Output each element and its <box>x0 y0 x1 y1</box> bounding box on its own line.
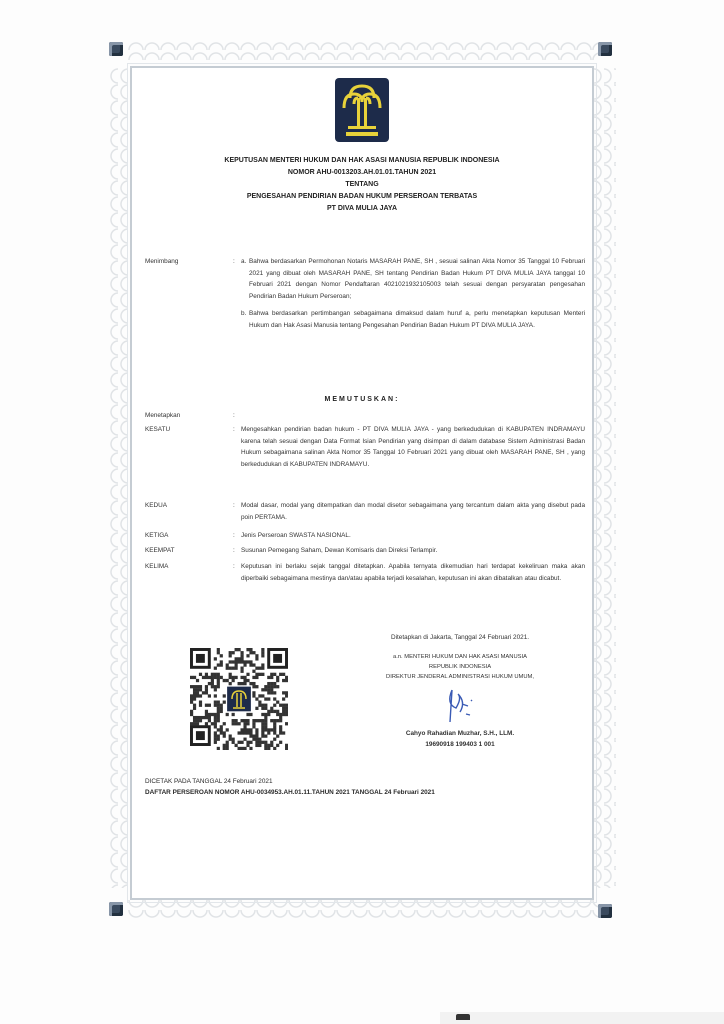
document-footer: DICETAK PADA TANGGAL 24 Februari 2021 DA… <box>145 776 585 798</box>
printed-date: DICETAK PADA TANGGAL 24 Februari 2021 <box>145 776 585 787</box>
corner-ornament-icon <box>109 42 123 56</box>
qr-code <box>190 648 288 750</box>
clause-kesatu: KESATU : Mengesahkan pendirian badan huk… <box>145 424 585 470</box>
menimbang-items: a. Bahwa berdasarkan Permohonan Notaris … <box>241 256 585 331</box>
signature-icon <box>345 682 575 728</box>
menimbang-label: Menimbang <box>145 256 233 331</box>
title-line-3: TENTANG <box>140 179 584 191</box>
corner-ornament-icon <box>109 902 123 916</box>
corner-ornament-icon <box>598 904 612 918</box>
clause-kelima: KELIMA : Keputusan ini berlaku sejak tan… <box>145 561 585 584</box>
signatory-position: DIREKTUR JENDERAL ADMINISTRASI HUKUM UMU… <box>345 672 575 682</box>
registry-number: DAFTAR PERSEROAN NOMOR AHU-0034953.AH.01… <box>145 787 585 798</box>
decree-title: KEPUTUSAN MENTERI HUKUM DAN HAK ASASI MA… <box>140 155 584 215</box>
clause-keempat: KEEMPAT : Susunan Pemegang Saham, Dewan … <box>145 545 585 557</box>
clause-kedua: KEDUA : Modal dasar, modal yang ditempat… <box>145 500 585 523</box>
menimbang-section: Menimbang : a. Bahwa berdasarkan Permoho… <box>145 256 585 331</box>
place-date: Ditetapkan di Jakarta, Tanggal 24 Februa… <box>345 632 575 644</box>
viewer-tab-icon <box>456 1014 470 1020</box>
signatory-name: Cahyo Rahadian Muzhar, S.H., LLM. <box>345 728 575 740</box>
border-ornament-bottom <box>128 898 598 920</box>
corner-ornament-icon <box>598 42 612 56</box>
signatory-nip: 19690918 199403 1 001 <box>345 739 575 751</box>
border-ornament-left <box>108 68 130 888</box>
title-line-4: PENGESAHAN PENDIRIAN BADAN HUKUM PERSERO… <box>140 191 584 203</box>
signature-block: Ditetapkan di Jakarta, Tanggal 24 Februa… <box>345 632 575 751</box>
border-ornament-top <box>128 40 598 62</box>
menimbang-item-a: a. Bahwa berdasarkan Permohonan Notaris … <box>241 256 585 302</box>
menimbang-item-b: b. Bahwa berdasarkan pertimbangan sebaga… <box>241 308 585 331</box>
company-name: PT DIVA MULIA JAYA <box>140 203 584 215</box>
title-line-1: KEPUTUSAN MENTERI HUKUM DAN HAK ASASI MA… <box>140 155 584 167</box>
viewer-bottom-bar <box>440 1012 724 1024</box>
ministry-logo-icon <box>335 78 389 142</box>
memutuskan-heading: MEMUTUSKAN: <box>140 396 584 403</box>
border-ornament-right <box>594 68 616 888</box>
menetapkan-row: Menetapkan : <box>145 410 585 422</box>
clause-ketiga: KETIGA : Jenis Perseroan SWASTA NASIONAL… <box>145 530 585 542</box>
decree-number: NOMOR AHU-0013203.AH.01.01.TAHUN 2021 <box>140 167 584 179</box>
